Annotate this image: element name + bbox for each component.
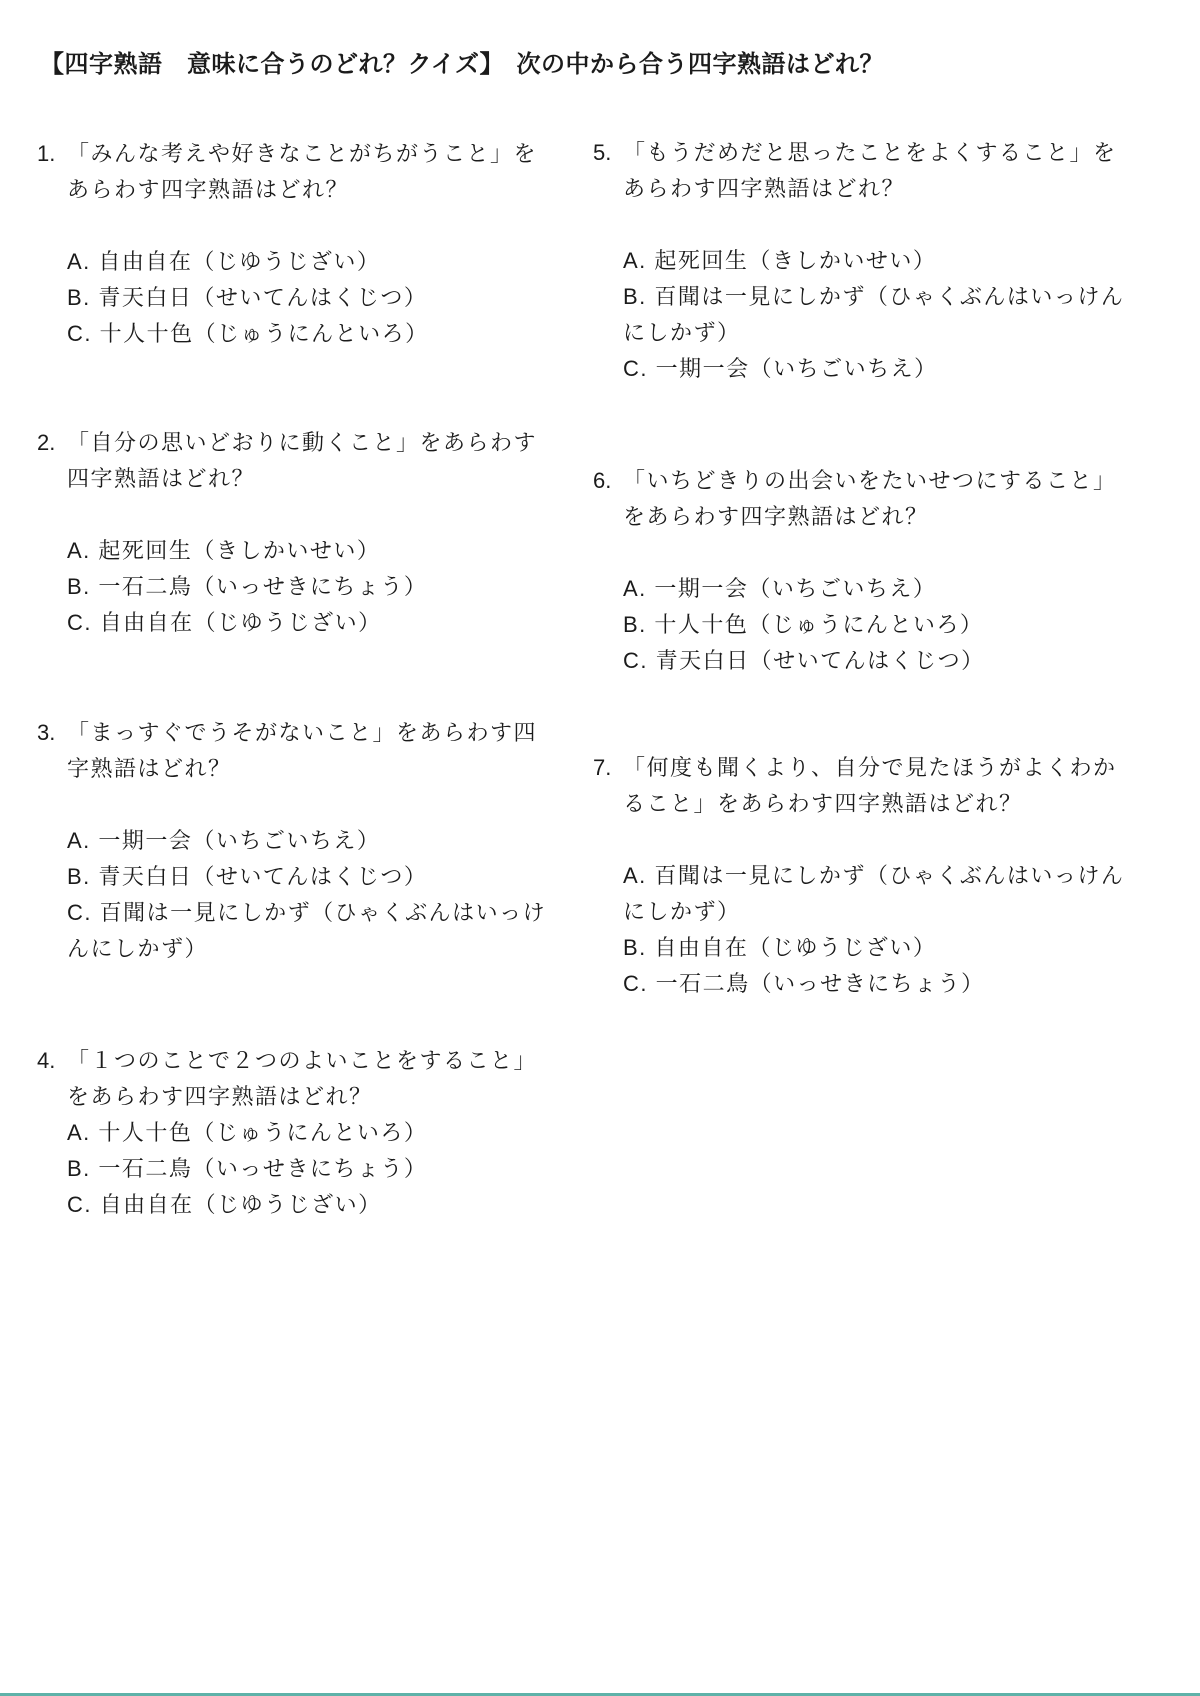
question-prompt: 6.「いちどきりの出会いをたいせつにすること」 bbox=[593, 463, 1168, 499]
question-4: 4.「１つのことで２つのよいことをすること」 をあらわす四字熟語はどれ？ A. … bbox=[37, 1043, 577, 1223]
page-title: 【四字熟語 意味に合うのどれ？クイズ】 次の中から合う四字熟語はどれ？ bbox=[40, 44, 884, 79]
option-a-wrap: にしかず） bbox=[593, 894, 1168, 930]
option-c: C. 青天白日（せいてんはくじつ） bbox=[593, 643, 1168, 679]
option-b: B. 自由自在（じゆうじざい） bbox=[593, 930, 1168, 966]
question-number: 2. bbox=[37, 425, 67, 461]
option-c: C. 一石二鳥（いっせきにちょう） bbox=[593, 966, 1168, 1002]
question-2: 2.「自分の思いどおりに動くこと」をあらわす 四字熟語はどれ？ A. 起死回生（… bbox=[37, 425, 577, 641]
option-a: A. 自由自在（じゆうじざい） bbox=[37, 244, 577, 280]
question-prompt-line: 「みんな考えや好きなことがちがうこと」を bbox=[67, 141, 537, 166]
option-b: B. 百聞は一見にしかず（ひゃくぶんはいっけん bbox=[593, 279, 1168, 315]
option-c: C. 十人十色（じゅうにんといろ） bbox=[37, 316, 577, 352]
spacer bbox=[37, 787, 577, 823]
option-b: B. 一石二鳥（いっせきにちょう） bbox=[37, 1151, 577, 1187]
option-a: A. 起死回生（きしかいせい） bbox=[593, 243, 1168, 279]
question-prompt: 1.「みんな考えや好きなことがちがうこと」を bbox=[37, 136, 577, 172]
question-number: 4. bbox=[37, 1043, 67, 1079]
option-a: A. 起死回生（きしかいせい） bbox=[37, 533, 577, 569]
question-prompt-line: をあらわす四字熟語はどれ？ bbox=[593, 499, 1168, 535]
question-prompt: 2.「自分の思いどおりに動くこと」をあらわす bbox=[37, 425, 577, 461]
question-number: 3. bbox=[37, 715, 67, 751]
question-number: 1. bbox=[37, 136, 67, 172]
question-prompt-line: をあらわす四字熟語はどれ？ bbox=[37, 1079, 577, 1115]
question-3: 3.「まっすぐでうそがないこと」をあらわす四 字熟語はどれ？ A. 一期一会（い… bbox=[37, 715, 577, 967]
option-c-wrap: んにしかず） bbox=[37, 931, 577, 967]
spacer bbox=[593, 207, 1168, 243]
question-number: 5. bbox=[593, 135, 623, 171]
option-c: C. 自由自在（じゆうじざい） bbox=[37, 605, 577, 641]
question-number: 6. bbox=[593, 463, 623, 499]
question-5: 5.「もうだめだと思ったことをよくすること」を あらわす四字熟語はどれ？ A. … bbox=[593, 135, 1168, 387]
option-c: C. 百聞は一見にしかず（ひゃくぶんはいっけ bbox=[37, 895, 577, 931]
option-b: B. 青天白日（せいてんはくじつ） bbox=[37, 859, 577, 895]
spacer bbox=[593, 822, 1168, 858]
option-b: B. 一石二鳥（いっせきにちょう） bbox=[37, 569, 577, 605]
question-prompt-line: ること」をあらわす四字熟語はどれ？ bbox=[593, 786, 1168, 822]
question-7: 7.「何度も聞くより、自分で見たほうがよくわか ること」をあらわす四字熟語はどれ… bbox=[593, 750, 1168, 1002]
option-a: A. 百聞は一見にしかず（ひゃくぶんはいっけん bbox=[593, 858, 1168, 894]
option-a: A. 十人十色（じゅうにんといろ） bbox=[37, 1115, 577, 1151]
option-b: B. 青天白日（せいてんはくじつ） bbox=[37, 280, 577, 316]
spacer bbox=[593, 535, 1168, 571]
question-prompt: 4.「１つのことで２つのよいことをすること」 bbox=[37, 1043, 577, 1079]
spacer bbox=[37, 497, 577, 533]
question-prompt: 5.「もうだめだと思ったことをよくすること」を bbox=[593, 135, 1168, 171]
question-prompt: 3.「まっすぐでうそがないこと」をあらわす四 bbox=[37, 715, 577, 751]
option-b: B. 十人十色（じゅうにんといろ） bbox=[593, 607, 1168, 643]
question-prompt-line: 「自分の思いどおりに動くこと」をあらわす bbox=[67, 430, 537, 455]
question-1: 1.「みんな考えや好きなことがちがうこと」を あらわす四字熟語はどれ？ A. 自… bbox=[37, 136, 577, 352]
question-prompt-line: 「もうだめだと思ったことをよくすること」を bbox=[623, 140, 1117, 165]
question-prompt-line: あらわす四字熟語はどれ？ bbox=[593, 171, 1168, 207]
question-prompt-line: あらわす四字熟語はどれ？ bbox=[37, 172, 577, 208]
option-b-wrap: にしかず） bbox=[593, 315, 1168, 351]
option-a: A. 一期一会（いちごいちえ） bbox=[593, 571, 1168, 607]
question-prompt-line: 「まっすぐでうそがないこと」をあらわす四 bbox=[67, 720, 537, 745]
option-a: A. 一期一会（いちごいちえ） bbox=[37, 823, 577, 859]
question-prompt: 7.「何度も聞くより、自分で見たほうがよくわか bbox=[593, 750, 1168, 786]
question-number: 7. bbox=[593, 750, 623, 786]
question-prompt-line: 「１つのことで２つのよいことをすること」 bbox=[67, 1048, 537, 1073]
question-prompt-line: 四字熟語はどれ？ bbox=[37, 461, 577, 497]
question-prompt-line: 「何度も聞くより、自分で見たほうがよくわか bbox=[623, 755, 1117, 780]
quiz-worksheet-page: { "page": { "title": "【四字熟語 意味に合うのどれ？クイズ… bbox=[0, 0, 1200, 1696]
option-c: C. 一期一会（いちごいちえ） bbox=[593, 351, 1168, 387]
question-prompt-line: 「いちどきりの出会いをたいせつにすること」 bbox=[623, 468, 1117, 493]
question-prompt-line: 字熟語はどれ？ bbox=[37, 751, 577, 787]
option-c: C. 自由自在（じゆうじざい） bbox=[37, 1187, 577, 1223]
question-6: 6.「いちどきりの出会いをたいせつにすること」 をあらわす四字熟語はどれ？ A.… bbox=[593, 463, 1168, 679]
spacer bbox=[37, 208, 577, 244]
